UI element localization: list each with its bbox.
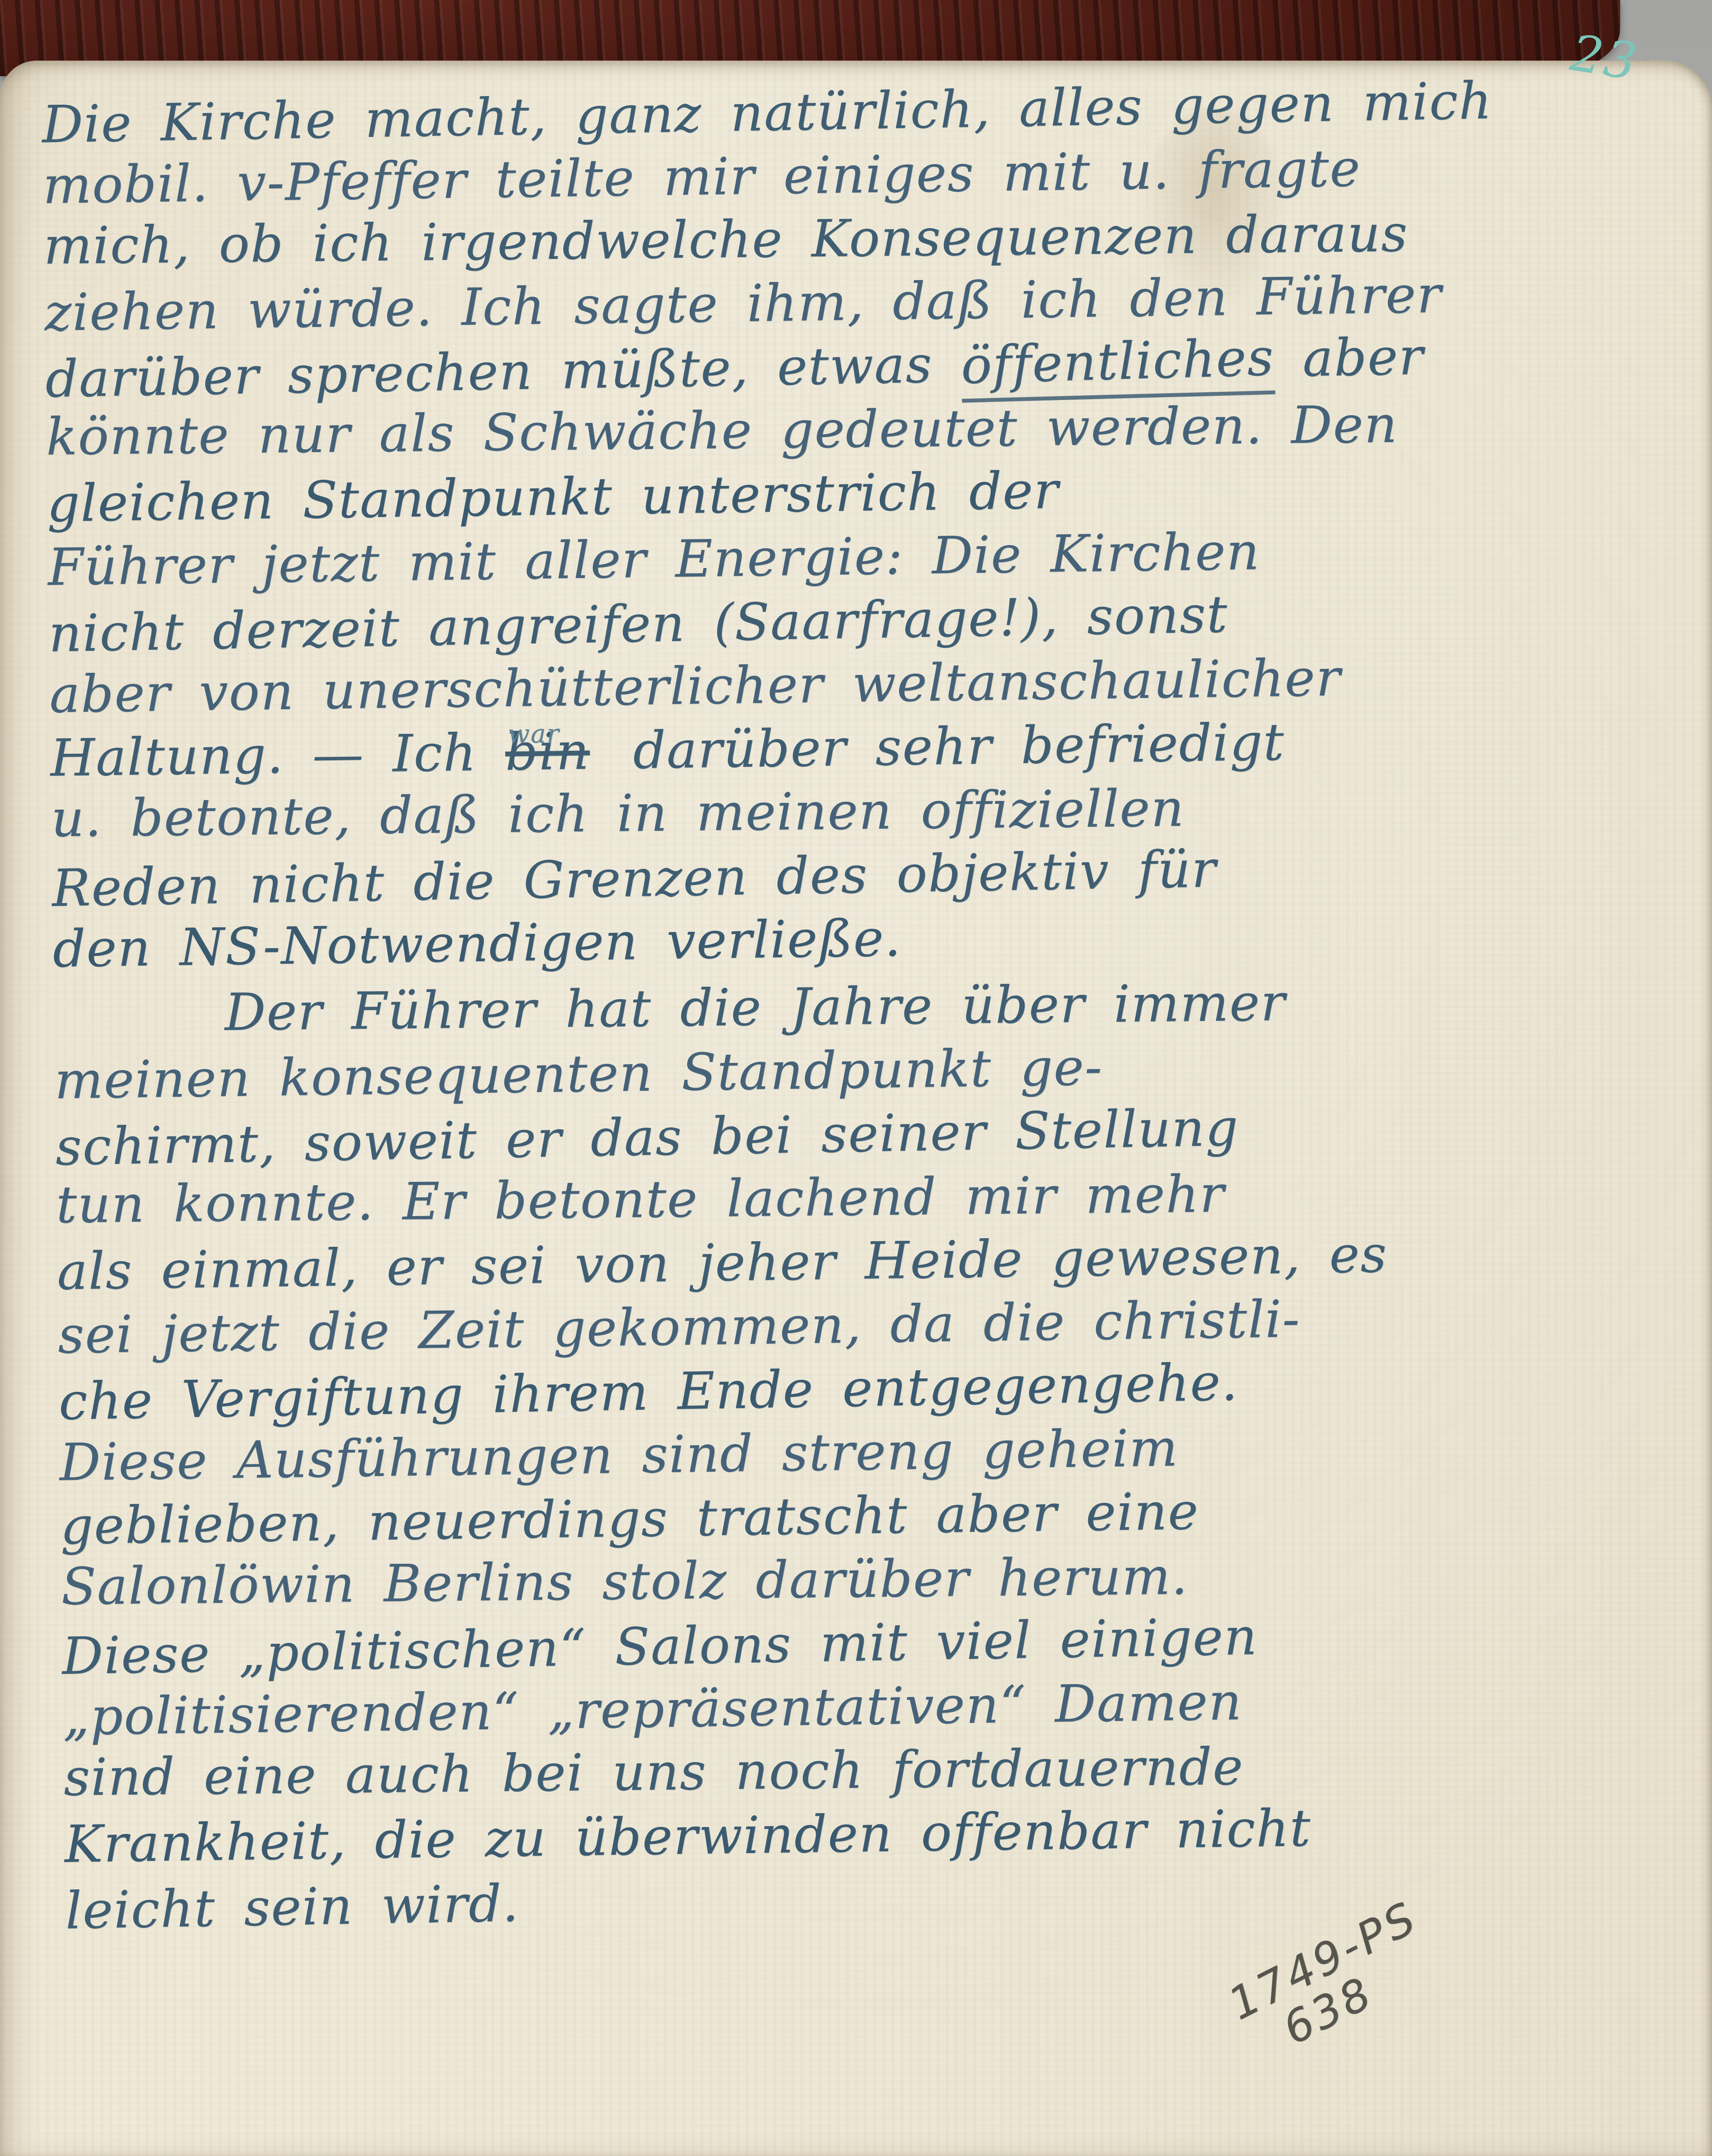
- manuscript-segment: mich, ob ich irgendwelche Konsequenzen d…: [43, 203, 1408, 276]
- manuscript-segment: könnte nur als Schwäche gedeutet werden.…: [46, 394, 1398, 467]
- manuscript-segment: meinen konsequenten Standpunkt ge-: [54, 1037, 1103, 1110]
- manuscript-segment: Haltung. — Ich: [50, 722, 505, 788]
- manuscript-segment: u. betonte, daß ich in meinen offizielle…: [51, 778, 1185, 848]
- manuscript-segment: Der Führer hat die Jahre über immer: [224, 972, 1286, 1042]
- manuscript-segment: den NS-Notwendigen verließe.: [52, 908, 902, 979]
- manuscript-segment-sup: war: [507, 702, 560, 766]
- manuscript-segment: sind eine auch bei uns noch fortdauernde: [63, 1736, 1244, 1807]
- manuscript-segment-underline: öffentliches: [960, 326, 1275, 403]
- manuscript-segment: aber: [1274, 326, 1425, 389]
- manuscript-segment: gleichen Standpunkt unterstrich der: [47, 460, 1060, 533]
- manuscript-segment: leicht sein wird.: [65, 1873, 520, 1940]
- manuscript-segment: darüber sehr befriedigt: [604, 712, 1285, 781]
- manuscript-segment: tun konnte. Er betonte lachend mir mehr: [56, 1164, 1225, 1235]
- manuscript-segment: Salonlöwin Berlins stolz darüber herum.: [61, 1546, 1189, 1616]
- manuscript: Die Kirche macht, ganz natürlich, alles …: [42, 69, 1698, 1940]
- manuscript-segment: geblieben, neuerdings tratscht aber eine: [60, 1481, 1199, 1556]
- photographed-diary-page: { "photo": { "backdrop_color": "#aaaba9"…: [0, 0, 1712, 2156]
